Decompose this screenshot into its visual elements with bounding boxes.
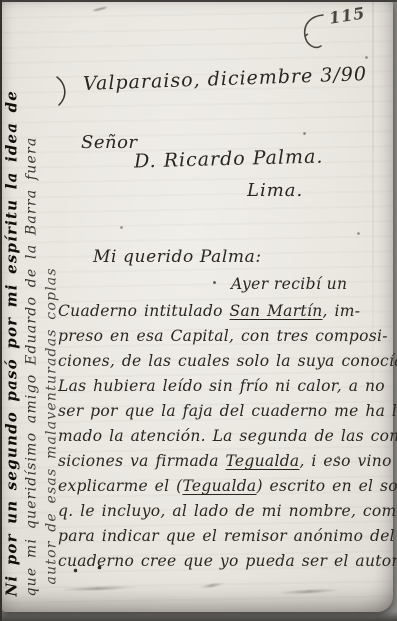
letter-body-line: ciones, de las cuales solo la suya conoc…: [58, 349, 380, 374]
underlined-word: San Martín: [230, 302, 323, 320]
text-run: Las hubiera leído sin frío ni calor, a n…: [58, 377, 385, 395]
letter-body-line: q. le incluyo, al lado de mi nombre, com…: [58, 499, 380, 524]
pencil-smudge: [93, 6, 107, 11]
letter-body: Cuaderno intitulado San Martín, im-preso…: [58, 299, 380, 574]
text-run: explicarme el (: [58, 477, 182, 495]
text-run: para indicar que el remisor anónimo del: [58, 527, 395, 545]
letter-body-line: mado la atención. La segunda de las comp…: [58, 424, 380, 449]
folio: 115: [301, 6, 365, 52]
scanned-letter-page: 115 Ni por un segundo pasó por mi espíri…: [0, 0, 397, 621]
letter-body-line: para indicar que el remisor anónimo del: [58, 524, 380, 549]
text-run: , i eso vino a: [299, 452, 397, 470]
text-run: siciones va firmada: [58, 452, 225, 470]
text-run: Cuaderno intitulado: [58, 302, 230, 320]
underlined-word: Tegualda: [182, 477, 256, 495]
margin-note-line: Ni por un segundo pasó por mi espíritu l…: [2, 32, 22, 597]
margin-note-line: que mi queridísimo amigo Eduardo de la B…: [22, 32, 42, 597]
scan-edge-left: [0, 0, 2, 621]
letter-body-line: preso en esa Capital, con tres composi-: [58, 324, 380, 349]
text-run: ciones, de las cuales solo la suya conoc…: [58, 352, 397, 370]
letter-body-line: explicarme el (Tegualda) escrito en el s…: [58, 474, 380, 499]
margin-note: Ni por un segundo pasó por mi espíritu l…: [2, 32, 64, 597]
recipient-city: Lima.: [247, 180, 303, 201]
text-run: ) escrito en el sobre: [256, 477, 397, 495]
letter-opening-line: Ayer recibí un: [231, 275, 347, 293]
recipient-name: D. Ricardo Palma.: [134, 146, 324, 173]
text-run: cuaderno cree que yo pueda ser el autor …: [58, 552, 397, 570]
pencil-smudge: [199, 582, 225, 589]
paper: 115 Ni por un segundo pasó por mi espíri…: [1, 2, 393, 612]
recipient-honorific: Señor: [81, 132, 138, 153]
scan-edge-bottom: [0, 611, 397, 621]
page-number: 115: [328, 3, 367, 27]
letter-body-line: cuaderno cree que yo pueda ser el autor …: [58, 549, 380, 574]
pencil-smudge: [59, 586, 137, 592]
folio-flourish-icon: [301, 12, 327, 52]
pencil-smudge: [277, 588, 341, 594]
underlined-word: Tegualda: [225, 452, 299, 470]
salutation: Mi querido Palma:: [93, 247, 262, 267]
dateline: Valparaiso, diciembre 3/90: [83, 63, 368, 95]
letter-body-line: siciones va firmada Tegualda, i eso vino…: [58, 449, 380, 474]
letter-body-line: Cuaderno intitulado San Martín, im-: [58, 299, 380, 324]
text-run: ser por que la faja del cuaderno me ha l…: [58, 402, 397, 420]
text-run: mado la atención. La segunda de las comp…: [58, 427, 397, 445]
text-run: q. le incluyo, al lado de mi nombre, com…: [58, 502, 397, 520]
letter-body-line: ser por que la faja del cuaderno me ha l…: [58, 399, 380, 424]
text-run: preso en esa Capital, con tres composi-: [58, 327, 388, 345]
text-run: , im-: [323, 302, 361, 320]
scan-edge-top: [0, 0, 397, 2]
letter-body-line: Las hubiera leído sin frío ni calor, a n…: [58, 374, 380, 399]
